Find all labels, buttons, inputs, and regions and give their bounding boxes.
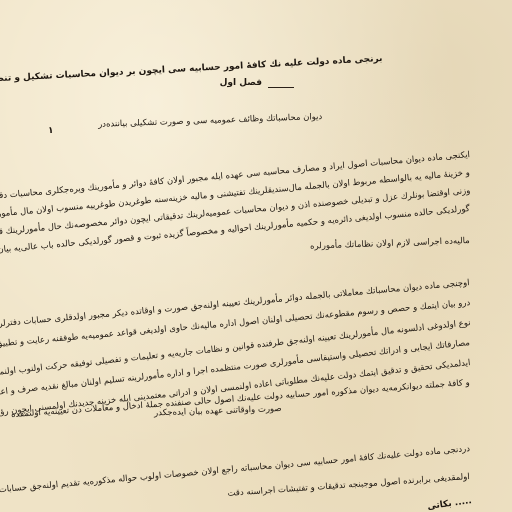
section-subtitle: دیوان محاسباتك وظائف عمومیه سی و صورت تش…: [98, 112, 322, 130]
document-page: برنجی ماده دولت علیه نك كافۀ امور حسابیه…: [0, 0, 512, 512]
paragraph-1-line: مالیه‌ده اجراسی لازم اولان نظاماتك مأمور…: [310, 236, 470, 252]
section-mark: ۱: [48, 126, 54, 136]
signature: ..... بكاتی: [427, 496, 473, 512]
heading-underline: [268, 87, 294, 88]
title-line: برنجی ماده دولت علیه نك كافۀ امور حسابیه…: [0, 54, 382, 87]
paragraph-3-line: اولمقدیغی برابرنده اصول موجبنجه تدقیقات …: [228, 472, 471, 499]
section-heading: فصل اول: [220, 78, 262, 88]
